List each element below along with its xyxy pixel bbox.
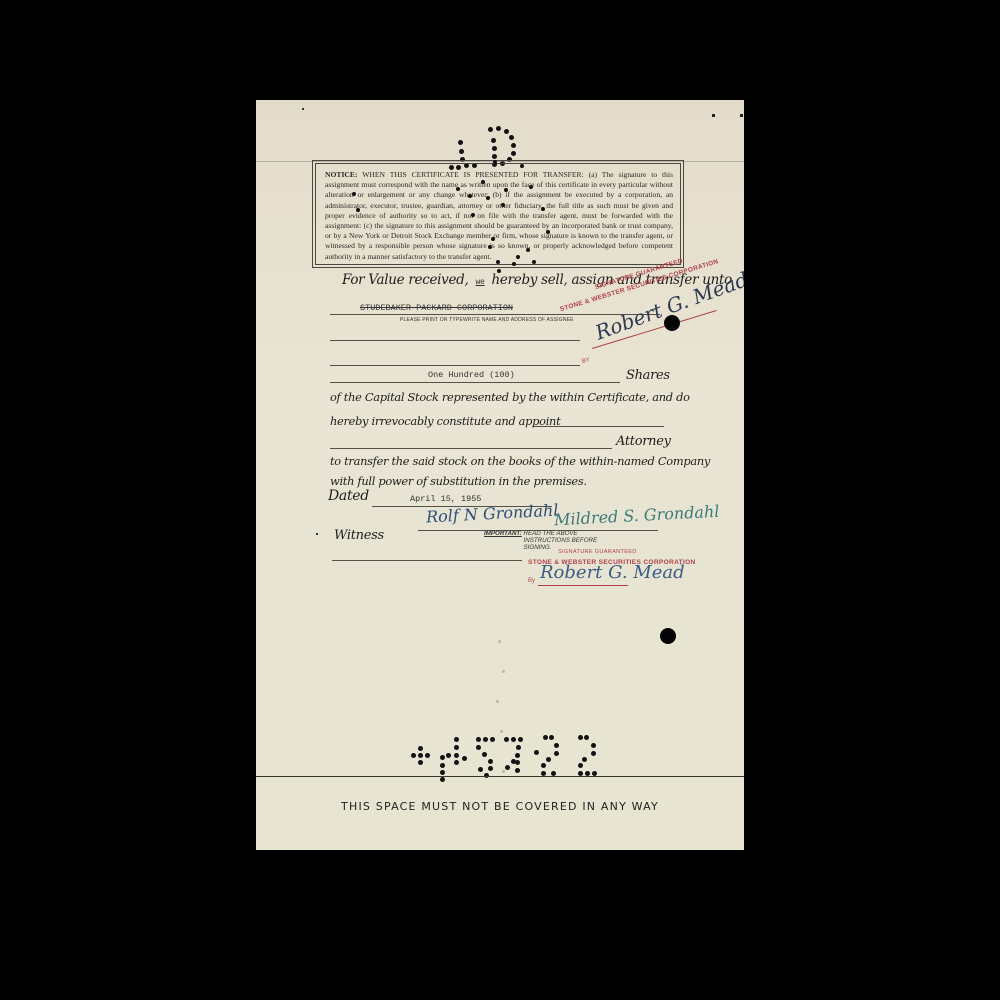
signer-1-signature: Rolf N Grondahl [426, 501, 559, 527]
capital-stock-text: of the Capital Stock represented by the … [330, 390, 690, 404]
bottom-divider [256, 776, 744, 777]
guarantor-signature: Robert G. Mead [540, 562, 685, 583]
important-label: IMPORTANT: [484, 530, 522, 537]
we-typed: we [476, 278, 485, 287]
important-notice: IMPORTANT: READ THE ABOVE INSTRUCTIONS B… [484, 530, 614, 551]
stamp-bottom-line1: SIGNATURE GUARANTEED [558, 549, 637, 555]
substitution-text: with full power of substitution in the p… [330, 474, 587, 488]
perforation-bottom-number: +45722 [406, 715, 606, 775]
signer-2-signature: Mildred S. Grondahl [554, 502, 720, 530]
stamp-bottom-by: By [528, 578, 535, 584]
shares-amount: One Hundred (100) [428, 370, 515, 380]
stamp-bottom-signature-line [538, 585, 628, 586]
attorney-label: Attorney [616, 434, 671, 449]
address-line-2 [330, 365, 580, 366]
footer-warning: THIS SPACE MUST NOT BE COVERED IN ANY WA… [256, 800, 744, 813]
punch-hole-lower [660, 628, 676, 644]
shares-label: Shares [626, 368, 670, 383]
witness-dot [316, 533, 318, 535]
assignee-name: STUDEBAKER-PACKARD CORPORATION [360, 303, 513, 313]
witness-label: Witness [334, 528, 384, 543]
witness-line [332, 560, 522, 561]
attorney-line [330, 448, 612, 449]
dated-label: Dated [328, 488, 369, 504]
shares-line [330, 382, 620, 383]
assignee-caption: PLEASE PRINT OR TYPEWRITE NAME AND ADDRE… [400, 317, 574, 323]
transfer-text: to transfer the said stock on the books … [330, 454, 710, 468]
attorney-name-line [532, 426, 664, 427]
punch-hole-upper [664, 315, 680, 331]
stock-certificate-back: LD NOTICE: WHEN THIS CERTIFICATE IS PRES… [256, 100, 744, 850]
address-line-1 [330, 340, 580, 341]
important-text: READ THE ABOVE INSTRUCTIONS BEFORE SIGNI… [524, 530, 614, 551]
irrevocably-text: hereby irrevocably constitute and appoin… [330, 414, 560, 428]
stamp-top-by: BY [581, 357, 590, 365]
for-value-received-label: For Value received, [342, 272, 469, 288]
dated-value: April 15, 1955 [410, 494, 481, 504]
